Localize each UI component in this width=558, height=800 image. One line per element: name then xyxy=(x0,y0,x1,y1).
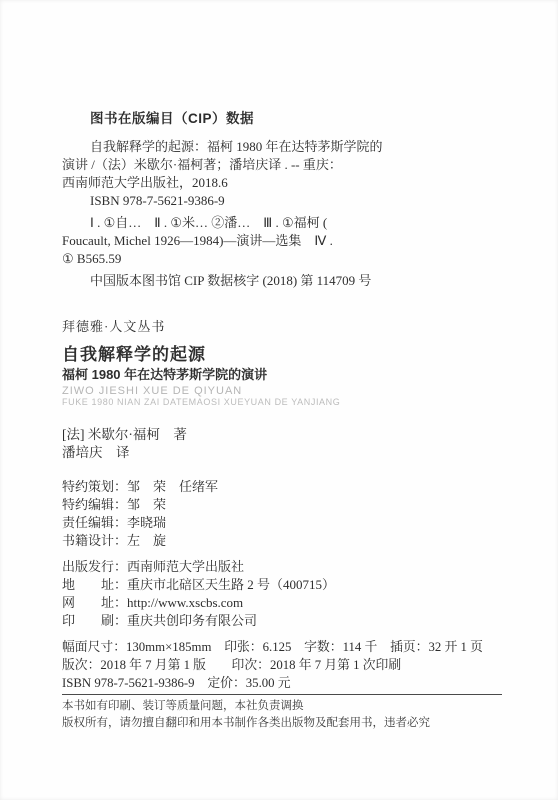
author-line: [法] 米歇尔·福柯 著 xyxy=(62,426,502,444)
notices: 本书如有印刷、装订等质量问题，本社负责调换 版权所有，请勿擅自翻印和用本书制作各… xyxy=(62,698,502,732)
publisher-address: 重庆市北碚区天生路 2 号（400715） xyxy=(127,576,335,594)
publishing-row: 印 刷： 重庆共创印务有限公司 xyxy=(62,612,502,630)
authors: [法] 米歇尔·福柯 著 潘培庆 译 xyxy=(62,426,502,462)
translator-line: 潘培庆 译 xyxy=(62,444,502,462)
publishing-label: 印 刷： xyxy=(62,612,127,630)
publisher-name: 西南师范大学出版社 xyxy=(127,558,244,576)
credit-row: 特约策划： 邹 荣 任绪军 xyxy=(62,478,502,496)
pinyin-subtitle: FUKE 1980 NIAN ZAI DATEMAOSI XUEYUAN DE … xyxy=(62,397,502,408)
cip-record: 自我解释学的起源：福柯 1980 年在达特茅斯学院的 演讲 /（法）米歇尔·福柯… xyxy=(62,138,502,210)
specs-line-isbn-price: ISBN 978-7-5621-9386-9 定价：35.00 元 xyxy=(62,674,502,692)
publishing-label: 网 址： xyxy=(62,594,127,612)
credit-value: 邹 荣 任绪军 xyxy=(127,478,218,496)
printer-name: 重庆共创印务有限公司 xyxy=(127,612,257,630)
credits: 特约策划： 邹 荣 任绪军 特约编辑： 邹 荣 责任编辑： 李晓瑞 书籍设计： … xyxy=(62,478,502,550)
cip-classification-line: ① B565.59 xyxy=(62,250,502,268)
publishing-row: 地 址： 重庆市北碚区天生路 2 号（400715） xyxy=(62,576,502,594)
copyright-notice-line: 版权所有，请勿擅自翻印和用本书制作各类出版物及配套用书，违者必究 xyxy=(62,715,502,732)
credit-label: 责任编辑： xyxy=(62,514,127,532)
credit-label: 特约编辑： xyxy=(62,496,127,514)
specs-line: 版次：2018 年 7 月第 1 版 印次：2018 年 7 月第 1 次印刷 xyxy=(62,656,502,674)
credit-row: 责任编辑： 李晓瑞 xyxy=(62,514,502,532)
credit-label: 特约策划： xyxy=(62,478,127,496)
publishing-info: 出版发行： 西南师范大学出版社 地 址： 重庆市北碚区天生路 2 号（40071… xyxy=(62,558,502,630)
cip-classification: Ⅰ . ①自… Ⅱ . ①米… ②潘… Ⅲ . ①福柯 ( Foucault, … xyxy=(62,214,502,268)
series-name: 拜德雅·人文丛书 xyxy=(62,318,502,336)
divider xyxy=(62,694,502,695)
pinyin-title: ZIWO JIESHI XUE DE QIYUAN xyxy=(62,385,502,397)
cip-registry-line: 中国版本图书馆 CIP 数据核字 (2018) 第 114709 号 xyxy=(90,272,502,290)
book-title: 自我解释学的起源 xyxy=(62,344,502,366)
title-block: 自我解释学的起源 福柯 1980 年在达特茅斯学院的演讲 ZIWO JIESHI… xyxy=(62,344,502,408)
cip-record-line: 自我解释学的起源：福柯 1980 年在达特茅斯学院的 xyxy=(90,138,502,156)
cip-heading: 图书在版编目（CIP）数据 xyxy=(90,110,502,128)
publishing-row: 网 址： http://www.xscbs.com xyxy=(62,594,502,612)
specs-line: 幅面尺寸：130mm×185mm 印张：6.125 字数：114 千 插页：32… xyxy=(62,638,502,656)
credit-label: 书籍设计： xyxy=(62,532,127,550)
publisher-website-url: http://www.xscbs.com xyxy=(127,594,243,612)
book-copyright-page: 图书在版编目（CIP）数据 自我解释学的起源：福柯 1980 年在达特茅斯学院的… xyxy=(0,0,558,800)
book-subtitle: 福柯 1980 年在达特茅斯学院的演讲 xyxy=(62,366,502,383)
credit-value: 邹 荣 xyxy=(127,496,166,514)
cip-record-line: 演讲 /（法）米歇尔·福柯著；潘培庆译 . -- 重庆： xyxy=(62,156,502,174)
print-specs: 幅面尺寸：130mm×185mm 印张：6.125 字数：114 千 插页：32… xyxy=(62,638,502,692)
credit-row: 书籍设计： 左 旋 xyxy=(62,532,502,550)
publishing-label: 地 址： xyxy=(62,576,127,594)
cip-isbn-line: ISBN 978-7-5621-9386-9 xyxy=(90,192,502,210)
credit-value: 左 旋 xyxy=(127,532,166,550)
page-content: 图书在版编目（CIP）数据 自我解释学的起源：福柯 1980 年在达特茅斯学院的… xyxy=(0,0,558,732)
credit-row: 特约编辑： 邹 荣 xyxy=(62,496,502,514)
cip-record-line: 西南师范大学出版社，2018.6 xyxy=(62,174,502,192)
publishing-row: 出版发行： 西南师范大学出版社 xyxy=(62,558,502,576)
cip-registry: 中国版本图书馆 CIP 数据核字 (2018) 第 114709 号 xyxy=(62,272,502,290)
cip-classification-line: Ⅰ . ①自… Ⅱ . ①米… ②潘… Ⅲ . ①福柯 ( xyxy=(90,214,502,232)
credit-value: 李晓瑞 xyxy=(127,514,166,532)
publishing-label: 出版发行： xyxy=(62,558,127,576)
quality-notice-line: 本书如有印刷、装订等质量问题，本社负责调换 xyxy=(62,698,502,715)
cip-classification-line: Foucault, Michel 1926—1984)—演讲—选集 Ⅳ . xyxy=(62,232,502,250)
